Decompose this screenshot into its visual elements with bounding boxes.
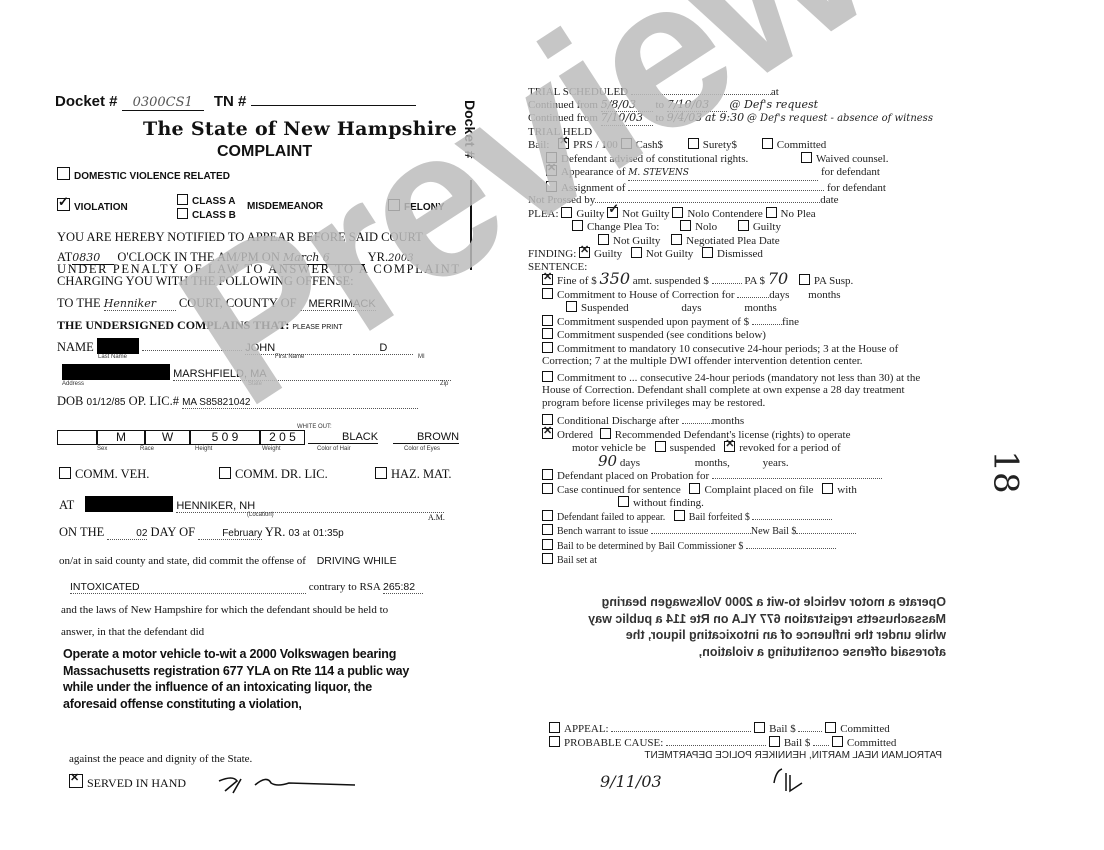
commit-consecutive-checkbox[interactable]: Commitment to ... consecutive 24-hour pe… xyxy=(528,371,932,410)
officer-signature xyxy=(215,773,365,795)
plea-nolo[interactable]: Nolo Contendere xyxy=(672,208,762,220)
bail-set-checkbox[interactable]: Bail set at xyxy=(528,553,968,568)
class-a-checkbox[interactable]: CLASS A xyxy=(177,194,236,207)
offense-line: on/at in said county and state, did comm… xyxy=(59,555,397,567)
without-finding-checkbox[interactable]: without finding. xyxy=(528,496,968,510)
offense-time: 01:35p xyxy=(313,528,344,539)
probable-cause-checkbox[interactable]: PROBABLE CAUSE: xyxy=(549,737,663,749)
tn-field xyxy=(251,105,416,106)
appeal-row: APPEAL: Bail $ Committed xyxy=(549,722,890,735)
address-line: MARSHFIELD, MA xyxy=(62,364,451,381)
suspended-checkbox[interactable]: Suspended days months xyxy=(528,301,968,315)
laws-line: and the laws of New Hampshire for which … xyxy=(61,604,388,616)
bail-committed-checkbox[interactable]: Committed xyxy=(762,139,827,151)
side-divider xyxy=(470,180,472,270)
commit-susp-payment-checkbox[interactable]: Commitment suspended upon payment of $ f… xyxy=(528,315,968,329)
license-row: Ordered Recommended Defendant's license … xyxy=(528,428,968,442)
bench-warrant-checkbox[interactable]: Bench warrant to issue New Bail $ xyxy=(528,524,968,539)
checkbox-icon xyxy=(59,467,71,479)
failed-appear-row: Defendant failed to appear. Bail forfeit… xyxy=(528,510,968,525)
plea-not-guilty[interactable]: Not Guilty xyxy=(607,208,669,220)
offense-year: 03 xyxy=(289,528,300,539)
weight: 2 0 5 xyxy=(260,430,305,445)
license-row-2: motor vehicle be suspended revoked for a… xyxy=(528,441,968,455)
address-city: MARSHFIELD, MA xyxy=(173,368,451,381)
margin-page-number: 18 xyxy=(986,450,1026,493)
bail-surety-checkbox[interactable]: Surety$ xyxy=(688,139,737,151)
court-name: Henniker xyxy=(104,297,176,311)
dob: 01/12/85 xyxy=(87,397,126,408)
offense-description: Operate a motor vehicle to-wit a 2000 Vo… xyxy=(63,646,409,712)
judge-signature-date: 9/11/03 xyxy=(600,772,662,791)
offense-day: 02 xyxy=(107,528,147,540)
state-title: The State of New Hampshire xyxy=(143,118,457,140)
fine-row[interactable]: Fine of $ 350 amt. suspended $ PA $ 70 P… xyxy=(528,273,968,288)
eye-color: BROWN xyxy=(393,431,459,444)
redacted-street xyxy=(85,496,173,512)
plea-row: PLEA: Guilty Not Guilty Nolo Contendere … xyxy=(528,207,968,221)
dob-line: DOB 01/12/85 OP. LIC.# MA S85821042 xyxy=(57,394,418,409)
class-b-checkbox[interactable]: CLASS B xyxy=(177,208,236,221)
bail-forfeited-checkbox[interactable]: Bail forfeited $ xyxy=(674,512,750,523)
felony-checkbox[interactable]: FELONY xyxy=(388,199,445,213)
peace-line: against the peace and dignity of the Sta… xyxy=(69,753,252,765)
commitment-hoc-checkbox[interactable]: Commitment to House of Correction for da… xyxy=(528,288,968,302)
case-continued-row: Case continued for sentence Complaint pl… xyxy=(528,483,968,497)
checkbox-icon xyxy=(388,199,400,211)
attorney-name: M. STEVENS xyxy=(628,167,818,181)
finding-row: FINDING: Guilty Not Guilty Dismissed xyxy=(528,247,968,261)
change-plea-not-guilty[interactable]: Not Guilty xyxy=(598,235,660,247)
name-line: NAME JOHN D xyxy=(57,338,413,355)
appeal-bail-checkbox[interactable]: Bail $ xyxy=(754,723,796,735)
domestic-violence-checkbox[interactable]: DOMESTIC VIOLENCE RELATED xyxy=(57,167,230,182)
change-plea-row-2: Not Guilty Negotiated Plea Date xyxy=(528,234,968,248)
commit-susp-conditions-checkbox[interactable]: Commitment suspended (see conditions bel… xyxy=(528,328,968,342)
not-prossed-row: Not Prossed bydate xyxy=(528,194,968,207)
probation-checkbox[interactable]: Defendant placed on Probation for xyxy=(528,469,968,483)
conditional-discharge-checkbox[interactable]: Conditional Discharge after months xyxy=(528,414,968,428)
redacted-address xyxy=(62,364,170,380)
continued-row-2: Continued from 7/10/03 to 9/4/03 at 9:30… xyxy=(528,112,968,126)
appeal-committed-checkbox[interactable]: Committed xyxy=(825,723,890,735)
undersigned-line: THE UNDERSIGNED COMPLAINS THAT: PLEASE P… xyxy=(57,318,343,333)
license-number: MA S85821042 xyxy=(182,397,418,409)
rsa-number: 265:82 xyxy=(383,581,423,594)
location: HENNIKER, NH xyxy=(176,500,444,513)
change-plea-checkbox[interactable]: Change Plea To: xyxy=(572,221,659,233)
redacted-last-name xyxy=(97,338,139,354)
plea-no-plea[interactable]: No Plea xyxy=(766,208,816,220)
notice-line: YOU ARE HEREBY NOTIFIED TO APPEAR BEFORE… xyxy=(57,230,423,245)
negotiated-plea-date[interactable]: Negotiated Plea Date xyxy=(671,235,779,247)
offense-name-1: DRIVING WHILE xyxy=(317,555,397,567)
officer-name-mirrored: PATROLMAN NEAL MARTIN, HENNIKER POLICE D… xyxy=(582,750,942,761)
checkbox-icon xyxy=(375,467,387,479)
violation-checkbox[interactable]: VIOLATION xyxy=(57,198,128,213)
sentence-label: SENTENCE: xyxy=(528,261,968,274)
case-continued-checkbox[interactable]: Case continued for sentence xyxy=(542,484,681,496)
change-plea-guilty[interactable]: Guilty xyxy=(738,221,781,233)
bail-commissioner-checkbox[interactable]: Bail to be determined by Bail Commission… xyxy=(528,539,968,554)
finding-guilty[interactable]: Guilty xyxy=(579,248,622,260)
tn-label: TN # xyxy=(214,93,247,110)
docket-header: Docket # 0300CS1 TN # xyxy=(55,93,416,111)
side-docket-label: Docket # xyxy=(462,100,478,158)
finding-dismissed[interactable]: Dismissed xyxy=(702,248,763,260)
appeal-checkbox[interactable]: APPEAL: xyxy=(549,723,609,735)
bail-prs-checkbox[interactable]: PRS / 100 xyxy=(552,139,618,151)
physical-description-row: MW5 0 92 0 5 BLACK BROWN xyxy=(57,430,459,445)
change-plea-nolo[interactable]: Nolo xyxy=(680,221,717,233)
pa-amount: 70 xyxy=(768,269,788,288)
docket-label: Docket # xyxy=(55,93,118,110)
court-line: TO THE Henniker COURT, COUNTY OF MERRIMA… xyxy=(57,296,376,311)
bleed-through-text: Operate a motor vehicle to-wit a 2000 Vo… xyxy=(556,594,946,660)
misdemeanor-label: MISDEMEANOR xyxy=(247,201,323,212)
hair-color: BLACK xyxy=(308,431,378,444)
rights-row: Defendant advised of constitutional righ… xyxy=(528,152,968,166)
height: 5 0 9 xyxy=(190,430,260,445)
form-title: COMPLAINT xyxy=(217,143,312,161)
comm-dr-lic-checkbox[interactable]: COMM. DR. LIC. xyxy=(219,467,328,482)
continued-row-1: Continued from 5/8/03 to 7/10/03 @ Def's… xyxy=(528,99,968,113)
checkbox-icon xyxy=(177,194,188,205)
rsa-line: INTOXICATED contrary to RSA 265:82 xyxy=(70,581,423,594)
failed-appear-checkbox[interactable]: Defendant failed to appear. xyxy=(542,512,665,523)
checkbox-icon xyxy=(57,167,70,180)
complaint-on-file-checkbox[interactable]: Complaint placed on file xyxy=(689,484,813,496)
change-plea-row: Change Plea To: Nolo Guilty xyxy=(528,220,968,234)
county: MERRIMACK xyxy=(300,298,376,311)
middle-initial: D xyxy=(353,342,413,355)
bail-cash-checkbox[interactable]: Cash$ xyxy=(621,139,664,151)
location-line: AT HENNIKER, NH xyxy=(59,496,444,513)
trial-held: TRIAL HELD xyxy=(528,126,968,139)
waived-counsel-checkbox[interactable]: Waived counsel. xyxy=(801,153,888,165)
license-period-row: 90 days months, years. xyxy=(528,455,968,470)
finding-not-guilty[interactable]: Not Guilty xyxy=(631,248,693,260)
penalty-line-2: CHARGING YOU WITH THE FOLLOWING OFFENSE: xyxy=(57,274,354,289)
offense-name-2: INTOXICATED xyxy=(70,581,306,594)
sex: M xyxy=(97,430,145,445)
advised-rights-checkbox[interactable]: Defendant advised of constitutional righ… xyxy=(546,153,748,165)
commit-mandatory-checkbox[interactable]: Commitment to mandatory 10 consecutive 2… xyxy=(528,342,932,368)
pc-bail-checkbox[interactable]: Bail $ xyxy=(769,737,811,749)
plea-guilty[interactable]: Guilty xyxy=(561,208,604,220)
with-finding-checkbox[interactable] xyxy=(822,483,833,494)
checkbox-icon xyxy=(219,467,231,479)
assignment-checkbox[interactable]: Assignment of for defendant xyxy=(528,181,968,195)
comm-veh-checkbox[interactable]: COMM. VEH. xyxy=(59,467,149,482)
license-revoked[interactable]: revoked for a period of xyxy=(724,442,840,454)
probable-cause-row: PROBABLE CAUSE: Bail $ Committed xyxy=(549,736,896,749)
offense-month: February xyxy=(198,528,262,540)
answer-line: answer, in that the defendant did xyxy=(61,626,204,638)
appearance-checkbox[interactable]: Appearance of M. STEVENS for defendant xyxy=(528,165,968,181)
fine-amount: 350 xyxy=(599,269,630,288)
license-suspended[interactable]: suspended xyxy=(655,442,716,454)
court-record: TRIAL SCHEDULED at Continued from 5/8/03… xyxy=(528,86,968,568)
x-checkbox-icon xyxy=(69,774,83,788)
pc-committed-checkbox[interactable]: Committed xyxy=(832,737,897,749)
served-in-hand-checkbox[interactable]: SERVED IN HAND xyxy=(69,774,186,791)
race: W xyxy=(145,430,190,445)
haz-mat-checkbox[interactable]: HAZ. MAT. xyxy=(375,467,452,482)
judge-signature xyxy=(770,765,810,793)
checked-checkbox-icon xyxy=(57,198,70,211)
checkbox-icon xyxy=(177,208,188,219)
bail-row: Bail: PRS / 100 Cash$ Surety$ Committed xyxy=(528,138,968,152)
license-ordered[interactable]: Ordered xyxy=(542,429,593,441)
docket-number: 0300CS1 xyxy=(122,95,204,111)
offense-date-line: ON THE 02 DAY OF February YR. 03 at 01:3… xyxy=(59,525,344,540)
revocation-days: 90 xyxy=(598,452,617,470)
license-recommended[interactable]: Recommended xyxy=(600,429,681,441)
